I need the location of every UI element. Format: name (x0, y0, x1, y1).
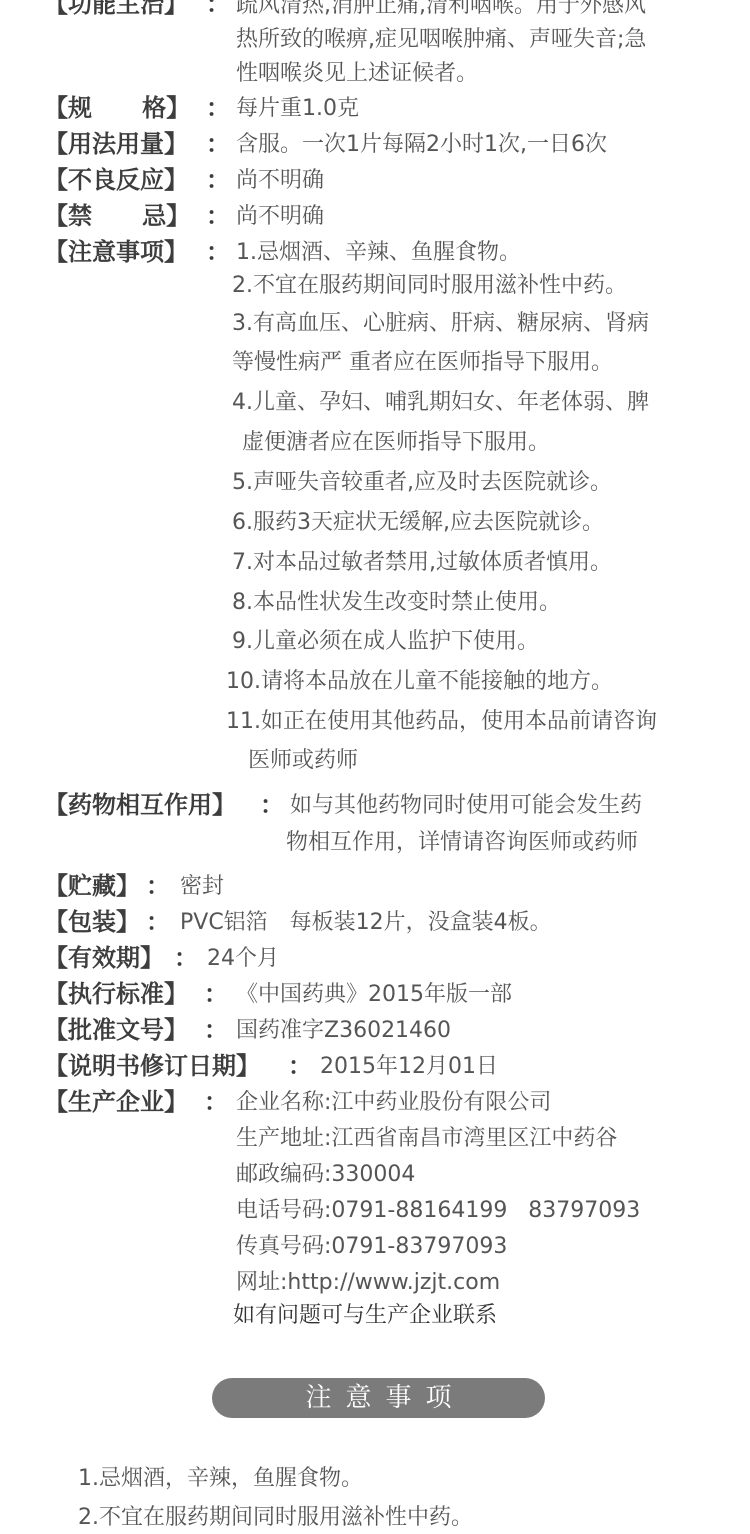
manufacturer-name: 企业名称:江中药业股份有限公司 (236, 1085, 551, 1116)
manufacturer-label: 【生产企业】 (44, 1082, 188, 1117)
shelf-life-colon: ： (174, 938, 198, 973)
interactions-line: 如与其他药物同时使用可能会发生药 (290, 788, 642, 819)
dosage-value: 含服。一次1片每隔2小时1次,一日6次 (236, 127, 607, 158)
indications-colon: ： (206, 0, 230, 19)
precaution-item: 10.请将本品放在儿童不能接触的地方。 (226, 664, 613, 695)
adverse-label: 【不良反应】 (44, 160, 188, 195)
interactions-label: 【药物相互作用】 (44, 785, 236, 820)
indications-line: 性咽喉炎见上述证候者。 (236, 56, 478, 87)
packaging-label: 【包装】 (44, 902, 140, 937)
dosage-label: 【用法用量】 (44, 124, 188, 159)
precaution-item: 医师或药师 (248, 743, 358, 774)
precaution-item: 8.本品性状发生改变时禁止使用。 (232, 585, 561, 616)
precaution-item: 9.儿童必须在成人监护下使用。 (232, 624, 539, 655)
precaution-item: 3.有高血压、心脏病、肝病、糖尿病、肾病 (232, 306, 649, 337)
manufacturer-address: 生产地址:江西省南昌市湾里区江中药谷 (236, 1121, 617, 1152)
manufacturer-postcode: 邮政编码:330004 (236, 1157, 415, 1188)
indications-line: 热所致的喉痹,症见咽喉肿痛、声哑失音;急 (236, 22, 646, 53)
contraindications-value: 尚不明确 (236, 199, 324, 230)
interactions-colon: ： (260, 785, 284, 820)
precaution-item: 等慢性病严 重者应在医师指导下服用。 (232, 345, 613, 376)
manufacturer-fax: 传真号码:0791-83797093 (236, 1229, 507, 1260)
shelf-life-label: 【有效期】 (44, 938, 164, 973)
contraindications-label: 【禁 忌】 (44, 196, 190, 231)
indications-label: 【功能主治】 (44, 0, 188, 19)
adverse-colon: ： (206, 160, 230, 195)
spec-label: 【规 格】 (44, 88, 190, 123)
revision-date-value: 2015年12月01日 (320, 1049, 498, 1080)
standard-value: 《中国药典》2015年版一部 (236, 977, 512, 1008)
precaution-item: 11.如正在使用其他药品，使用本品前请咨询 (226, 704, 657, 735)
precaution-item: 虚便溏者应在医师指导下服用。 (242, 425, 550, 456)
approval-label: 【批准文号】 (44, 1010, 188, 1045)
spec-value: 每片重1.0克 (236, 91, 359, 122)
precaution-item: 2.不宜在服药期间同时服用滋补性中药。 (232, 268, 627, 299)
approval-colon: ： (204, 1010, 228, 1045)
adverse-value: 尚不明确 (236, 163, 324, 194)
storage-label: 【贮藏】 (44, 866, 140, 901)
packaging-value: PVC铝箔 每板装12片，没盒装4板。 (180, 905, 552, 936)
approval-value: 国药准字Z36021460 (236, 1013, 451, 1044)
precaution-item: 4.儿童、孕妇、哺乳期妇女、年老体弱、脾 (232, 385, 649, 416)
precaution-item: 5.声哑失音较重者,应及时去医院就诊。 (232, 465, 612, 496)
note-item: 1.忌烟酒，辛辣，鱼腥食物。 (78, 1461, 363, 1492)
indications-line: 疏风清热,消肿止痛,清利咽喉。用于外感风 (236, 0, 646, 19)
contraindications-colon: ： (206, 196, 230, 231)
precautions-colon: ： (206, 232, 230, 267)
revision-date-label: 【说明书修订日期】 (44, 1046, 260, 1081)
precaution-item: 7.对本品过敏者禁用,过敏体质者慎用。 (232, 545, 612, 576)
interactions-line: 物相互作用，详情请咨询医师或药师 (286, 825, 638, 856)
storage-value: 密封 (180, 869, 224, 900)
precautions-banner: 注意事项 (212, 1378, 545, 1418)
manufacturer-website[interactable]: 网址:http://www.jzjt.com (236, 1265, 500, 1296)
standard-label: 【执行标准】 (44, 974, 188, 1009)
spec-colon: ： (206, 88, 230, 123)
revision-date-colon: ： (288, 1046, 312, 1081)
packaging-colon: ： (146, 902, 170, 937)
precaution-item: 1.忌烟酒、辛辣、鱼腥食物。 (236, 235, 521, 266)
manufacturer-colon: ： (204, 1082, 228, 1117)
storage-colon: ： (146, 866, 170, 901)
shelf-life-value: 24个月 (207, 941, 279, 972)
standard-colon: ： (204, 974, 228, 1009)
note-item: 2.不宜在服药期间同时服用滋补性中药。 (78, 1500, 473, 1531)
dosage-colon: ： (206, 124, 230, 159)
manufacturer-phone: 电话号码:0791-88164199 83797093 (236, 1193, 640, 1224)
precautions-label: 【注意事项】 (44, 232, 188, 267)
precaution-item: 6.服药3天症状无缓解,应去医院就诊。 (232, 505, 604, 536)
manufacturer-contact-note: 如有问题可与生产企业联系 (233, 1298, 497, 1329)
